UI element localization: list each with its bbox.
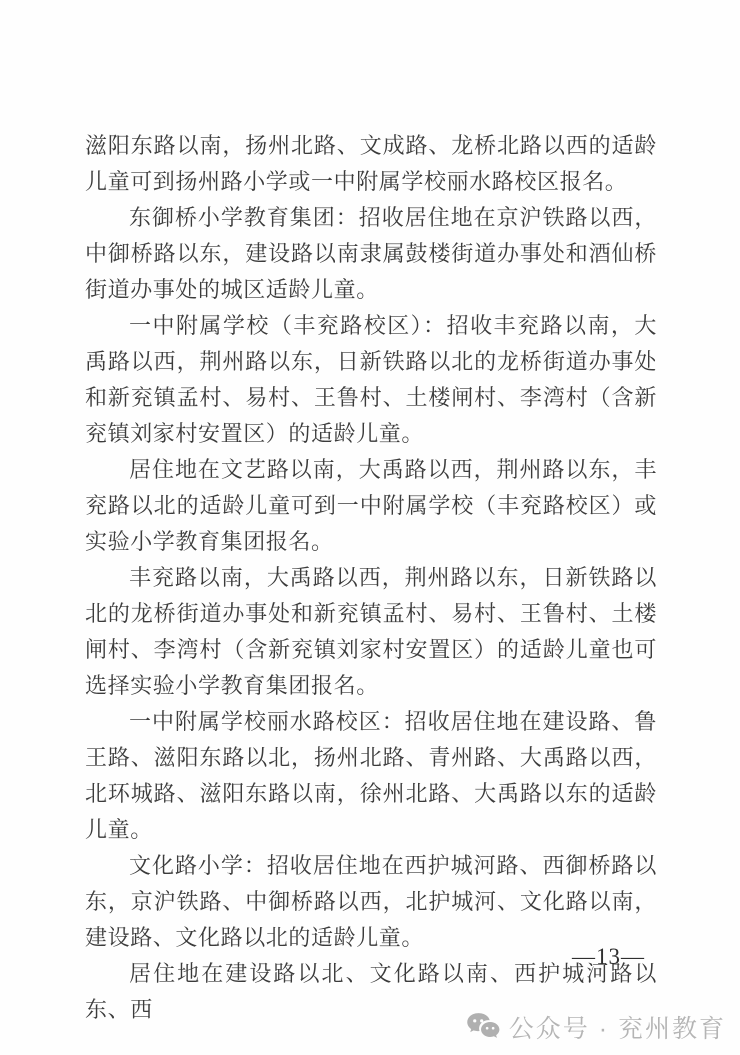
wechat-icon [466,1012,500,1042]
scanned-document-page: 滋阳东路以南，扬州北路、文成路、龙桥北路以西的适龄儿童可到扬州路小学或一中附属学… [0,0,740,1055]
document-body: 滋阳东路以南，扬州北路、文成路、龙桥北路以西的适龄儿童可到扬州路小学或一中附属学… [85,128,657,1028]
watermark: 公众号 · 兖州教育 [466,1009,726,1045]
watermark-text: 公众号 · 兖州教育 [509,1009,726,1045]
paragraph: 居住地在文艺路以南，大禹路以西，荆州路以东，丰兖路以北的适龄儿童可到一中附属学校… [85,452,657,560]
paragraph: 文化路小学：招收居住地在西护城河路、西御桥路以东，京沪铁路、中御桥路以西，北护城… [85,848,657,956]
paragraph: 丰兖路以南，大禹路以西，荆州路以东，日新铁路以北的龙桥街道办事处和新兖镇孟村、易… [85,560,657,704]
paragraph: 一中附属学校（丰兖路校区）：招收丰兖路以南，大禹路以西，荆州路以东，日新铁路以北… [85,308,657,452]
paragraph: 滋阳东路以南，扬州北路、文成路、龙桥北路以西的适龄儿童可到扬州路小学或一中附属学… [85,128,657,200]
paragraph: 一中附属学校丽水路校区：招收居住地在建设路、鲁王路、滋阳东路以北，扬州北路、青州… [85,704,657,848]
paragraph: 东御桥小学教育集团：招收居住地在京沪铁路以西，中御桥路以东，建设路以南隶属鼓楼街… [85,200,657,308]
page-number: —13— [572,944,645,970]
